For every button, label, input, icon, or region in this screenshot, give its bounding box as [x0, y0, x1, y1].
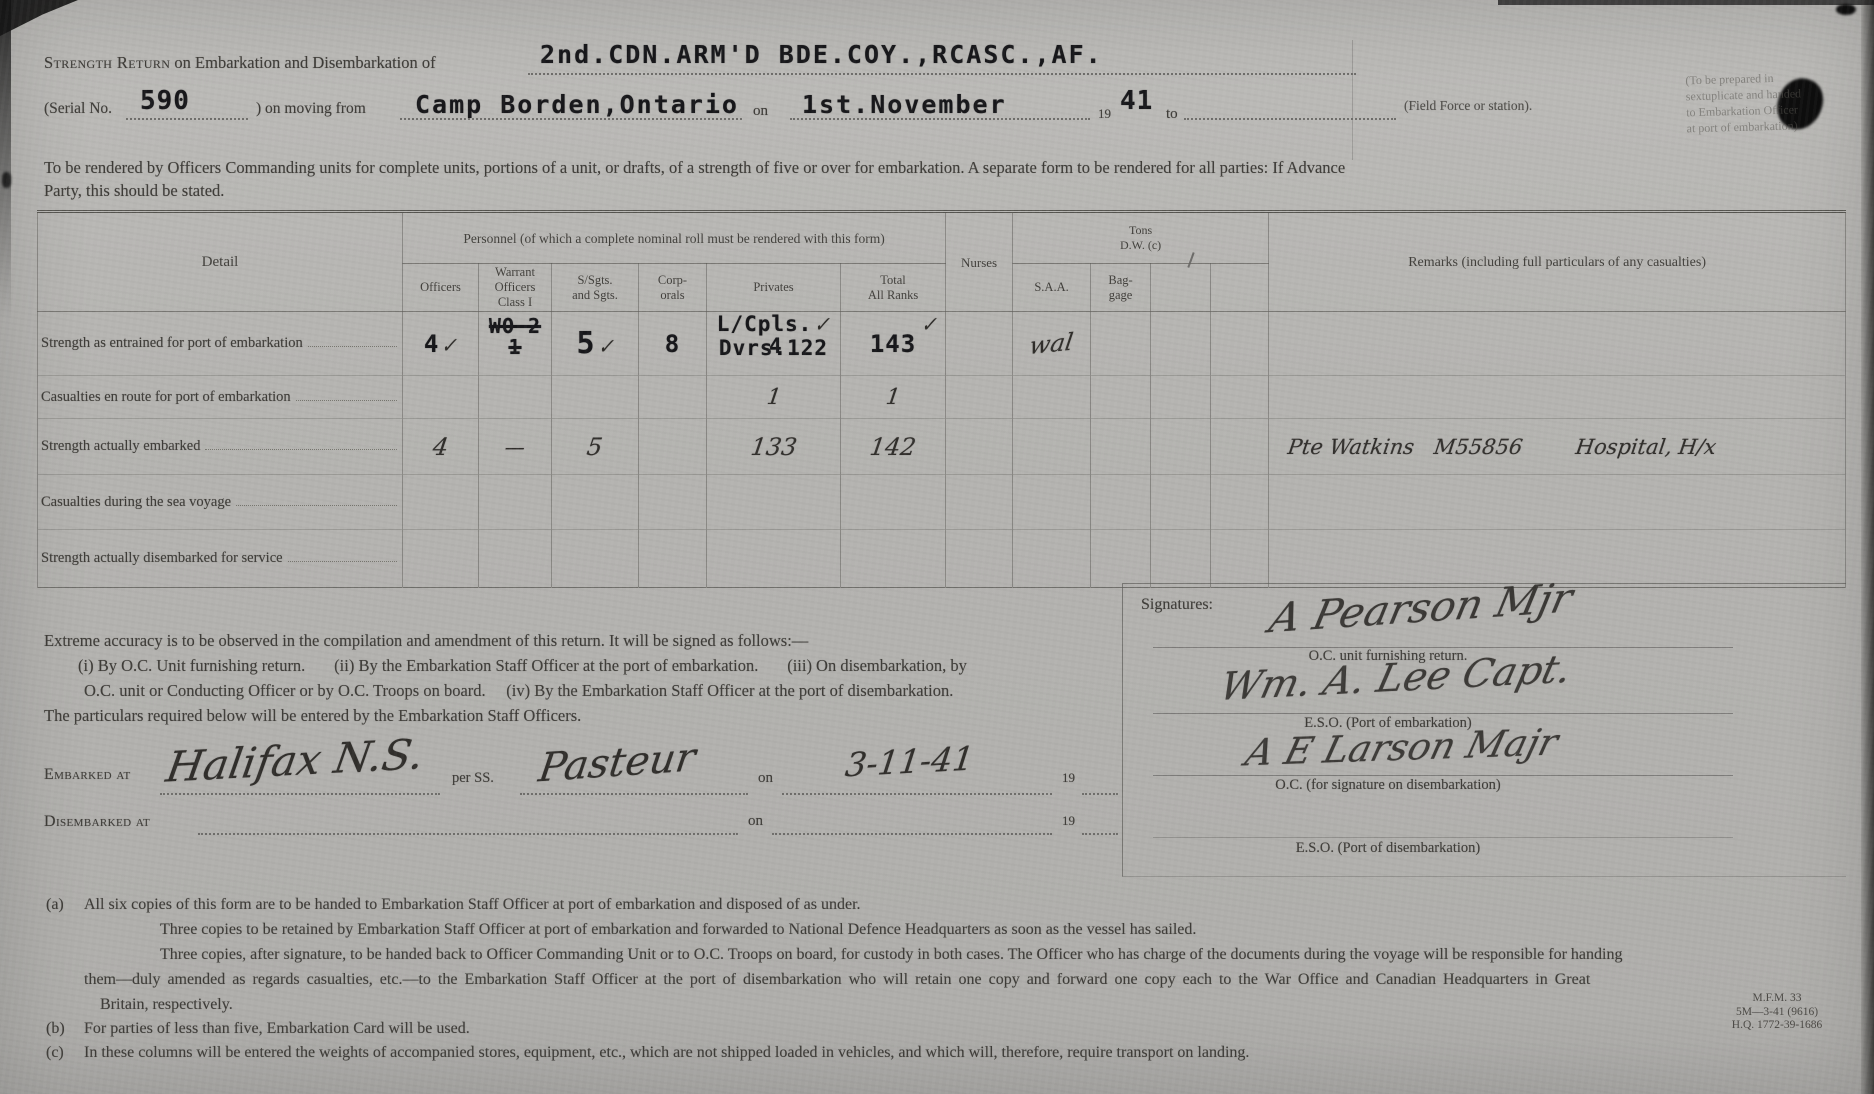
tick-mark: ✓ [597, 335, 613, 359]
cell-total [841, 475, 946, 530]
dotted-leader [205, 449, 397, 450]
footnote-b-label: (b) [46, 1020, 65, 1038]
scanned-strength-return-form: Strength Return on Embarkation and Disem… [0, 0, 1874, 1094]
cell-ssgts [552, 376, 639, 419]
cell-blank-2 [1211, 530, 1269, 588]
handwritten-value: — [503, 435, 526, 459]
date-rule [790, 117, 1090, 120]
form-reference-line: 5M—3-41 (9616) [1692, 1006, 1862, 1020]
accuracy-line-2: (i) By O.C. Unit furnishing return. (ii)… [78, 656, 967, 676]
cell-total [841, 530, 946, 588]
row-label-cell: Strength actually disembarked for servic… [38, 530, 403, 588]
row-label: Strength actually disembarked for servic… [41, 550, 283, 567]
disembarked-place-rule [198, 832, 738, 835]
moving-from-typed: Camp Borden,Ontario [415, 90, 739, 119]
cell-privates: 1 [707, 376, 841, 419]
ship-rule [520, 792, 748, 795]
cell-baggage [1091, 475, 1151, 530]
form-reference-block: M.F.M. 33 5M—3-41 (9616) H.Q. 1772-39-16… [1692, 992, 1862, 1033]
cell-officers [403, 376, 479, 419]
cell-blank-1 [1151, 376, 1211, 419]
unit-name-typed: 2nd.CDN.ARM'D BDE.COY.,RCASC.,AF. [540, 40, 1103, 69]
signatures-label: Signatures: [1141, 596, 1213, 614]
cell-corporals [639, 475, 707, 530]
table-row-strength-embarked: Strength actually embarked 4 — 5 133 142… [38, 419, 1846, 475]
signature-rule-3 [1153, 774, 1733, 776]
dotted-leader [288, 561, 397, 562]
corner-note-line: at port of embarkation) [1686, 116, 1864, 137]
col-header-warrant-officers: Warrant Officers Class I [479, 264, 552, 312]
accuracy-line-4: The particulars required below will be e… [44, 706, 581, 726]
dotted-leader [296, 400, 397, 401]
cell-saa [1013, 530, 1091, 588]
to-rule [1184, 117, 1396, 120]
col-header-detail: Detail [38, 212, 403, 312]
cell-corporals [639, 376, 707, 419]
col-group-tons: Tons D.W. (c) [1013, 212, 1269, 264]
embarked-place-handwritten: Halifax N.S. [163, 729, 428, 791]
signature-rule-4 [1153, 836, 1733, 838]
row-label-cell: Strength as entrained for port of embark… [38, 312, 403, 376]
disembarked-at-label: Disembarked at [44, 813, 150, 831]
cell-officers: 4✓ [403, 312, 479, 376]
strength-table: Detail Personnel (of which a complete no… [37, 210, 1846, 588]
embarked-year-rule [1082, 792, 1118, 795]
signature-oc-unit: A Pearson Mjr [1265, 574, 1577, 643]
cell-blank-2 [1211, 419, 1269, 475]
footnote-c-label: (c) [46, 1044, 64, 1062]
row-label: Casualties en route for port of embarkat… [41, 389, 291, 406]
handwritten-value: 1 [765, 385, 783, 410]
scan-artifact-left-edge [0, 0, 11, 320]
col-header-blank-1 [1151, 264, 1211, 312]
tons-label-line2: D.W. (c) [1016, 238, 1265, 253]
signature-caption-3: O.C. (for signature on disembarkation) [1153, 777, 1623, 794]
signature-rule-2 [1153, 712, 1733, 714]
cell-corporals [639, 530, 707, 588]
moving-from-label: ) on moving from [256, 100, 366, 118]
col-header-remarks: Remarks (including full particulars of a… [1269, 212, 1846, 312]
cell-warrant-officers [479, 376, 552, 419]
cell-nurses [946, 475, 1013, 530]
ink-speck [1836, 4, 1856, 15]
on-label: on [753, 103, 768, 120]
tick-mark: ✓ [441, 333, 457, 357]
cell-blank-2 [1211, 376, 1269, 419]
form-title-rest: on Embarkation and Disembarkation of [174, 53, 435, 72]
intro-line-2: Party, this should be stated. [44, 181, 224, 201]
row-label-cell: Casualties during the sea voyage [38, 475, 403, 530]
serial-number-typed: 590 [140, 86, 190, 116]
col-header-privates: Privates [707, 264, 841, 312]
col-header-corporals: Corp- orals [639, 264, 707, 312]
footnote-a-line-4: them—duly amended as regards casualties,… [84, 971, 1590, 989]
date-typed: 1st.November [802, 90, 1007, 119]
row-label-cell: Casualties en route for port of embarkat… [38, 376, 403, 419]
table-row-casualties-en-route: Casualties en route for port of embarkat… [38, 376, 1846, 419]
to-label: to [1166, 106, 1178, 123]
cell-privates: 133 [707, 419, 841, 475]
cell-warrant-officers: WO 2 1 [479, 312, 552, 376]
cell-ssgts: 5✓ [552, 312, 639, 376]
struck-typed-value: 1 [482, 337, 548, 358]
dotted-leader [236, 505, 397, 506]
cell-nurses [946, 419, 1013, 475]
embarked-year-printed: 19 [1062, 770, 1075, 786]
col-header-total-all-ranks: Total All Ranks [841, 264, 946, 312]
cell-officers: 4 [403, 419, 479, 475]
handwritten-value: 1 [884, 385, 902, 410]
col-group-personnel: Personnel (of which a complete nominal r… [403, 212, 946, 264]
cell-officers [403, 530, 479, 588]
cell-ssgts [552, 475, 639, 530]
cell-warrant-officers [479, 530, 552, 588]
cell-saa [1013, 419, 1091, 475]
ship-name-handwritten: Pasteur [536, 735, 699, 792]
cell-nurses [946, 376, 1013, 419]
table-header-group-row: Detail Personnel (of which a complete no… [38, 212, 1846, 264]
cell-corporals: 8 [639, 312, 707, 376]
cell-total: 1 [841, 376, 946, 419]
row-label: Strength actually embarked [41, 438, 200, 455]
typed-value: 4 [769, 334, 783, 358]
year-typed: 41 [1120, 86, 1153, 116]
accuracy-line-1: Extreme accuracy is to be observed in th… [44, 631, 808, 651]
typed-value: 8 [665, 330, 680, 358]
embarked-date-rule [782, 792, 1052, 795]
cell-blank-1 [1151, 530, 1211, 588]
col-header-baggage: Bag- gage [1091, 264, 1151, 312]
typed-value: 4 [424, 330, 439, 358]
serial-label: (Serial No. [44, 100, 112, 118]
footnote-a-line-2: Three copies to be retained by Embarkati… [160, 921, 1196, 939]
cell-privates: L/Cpls.✓ 4 Dvrs.122 [707, 312, 841, 376]
cell-remarks [1269, 376, 1846, 419]
scan-artifact-corner-shadow [0, 0, 78, 36]
handwritten-value: 5 [585, 433, 604, 461]
cell-baggage [1091, 530, 1151, 588]
intro-line-1: To be rendered by Officers Commanding un… [44, 158, 1345, 178]
footnote-b-text: For parties of less than five, Embarkati… [84, 1020, 470, 1038]
footnote-a-line-1: All six copies of this form are to be ha… [84, 896, 861, 914]
col-header-ssgts: S/Sgts. and Sgts. [552, 264, 639, 312]
cell-ssgts: 5 [552, 419, 639, 475]
footnote-a-line-3: Three copies, after signature, to be han… [160, 946, 1622, 964]
cell-officers [403, 475, 479, 530]
accuracy-line-3: O.C. unit or Conducting Officer or by O.… [84, 681, 953, 701]
row-label-cell: Strength actually embarked [38, 419, 403, 475]
paper-crease [1352, 40, 1353, 160]
handwritten-value: 133 [749, 433, 799, 461]
corner-instruction-note: (To be prepared in sextuplicate and hand… [1685, 68, 1865, 137]
footnote-a-line-5: Britain, respectively. [100, 996, 233, 1014]
tick-mark: ✓ [814, 312, 830, 336]
cell-warrant-officers [479, 475, 552, 530]
per-ss-label: per SS. [452, 770, 494, 787]
cell-blank-1 [1151, 419, 1211, 475]
tick-mark: ✓ [921, 313, 937, 337]
cell-total: 143✓ [841, 312, 946, 376]
footnote-c-text: In these columns will be entered the wei… [84, 1044, 1249, 1062]
embarked-place-rule [160, 792, 440, 795]
col-header-nurses: Nurses [946, 212, 1013, 312]
tons-label-line1: Tons [1016, 223, 1265, 238]
col-header-officers: Officers [403, 264, 479, 312]
cell-blank-1 [1151, 475, 1211, 530]
serial-rule [126, 117, 248, 120]
handwritten-value: 4 [431, 433, 450, 461]
title-rule [528, 72, 1356, 75]
cell-warrant-officers: — [479, 419, 552, 475]
cell-remarks: Pte Watkins M55856 Hospital, H/x [1269, 419, 1846, 475]
cell-remarks [1269, 475, 1846, 530]
cell-baggage [1091, 312, 1151, 376]
typed-value: L/Cpls. [717, 312, 813, 336]
cell-nurses [946, 530, 1013, 588]
scan-artifact-right-edge [1861, 0, 1874, 1094]
handwritten-value: 142 [868, 433, 918, 461]
cell-privates [707, 475, 841, 530]
cell-nurses [946, 312, 1013, 376]
row-label: Casualties during the sea voyage [41, 494, 231, 511]
table-row-strength-entrained: Strength as entrained for port of embark… [38, 312, 1846, 376]
cell-saa [1013, 475, 1091, 530]
form-title: Strength Return on Embarkation and Disem… [44, 53, 436, 73]
cell-blank-2 [1211, 312, 1269, 376]
disembarked-year-printed: 19 [1062, 813, 1075, 829]
ink-speck-left [2, 172, 11, 188]
form-reference-line: M.F.M. 33 [1692, 992, 1862, 1006]
scan-artifact-top-edge [1498, 0, 1874, 5]
col-header-blank-2 [1211, 264, 1269, 312]
struck-typed-value: WO 2 [482, 316, 548, 337]
cell-saa: wal [1013, 312, 1091, 376]
typed-value: 143 [870, 330, 916, 358]
signatures-panel: Signatures: A Pearson Mjr O.C. unit furn… [1122, 583, 1846, 877]
embarked-at-label: Embarked at [44, 766, 131, 784]
cell-blank-2 [1211, 475, 1269, 530]
col-header-saa: S.A.A. [1013, 264, 1091, 312]
handwritten-remark: Pte Watkins M55856 Hospital, H/x [1286, 435, 1717, 459]
typed-value-overstruck: 5 [577, 326, 596, 361]
table-row-casualties-sea-voyage: Casualties during the sea voyage [38, 475, 1846, 530]
signature-caption-4: E.S.O. (Port of disembarkation) [1153, 840, 1623, 857]
cell-blank-1 [1151, 312, 1211, 376]
disembarked-on-label: on [748, 813, 763, 830]
disembarked-year-rule [1082, 832, 1118, 835]
embarked-on-label: on [758, 770, 773, 787]
moving-from-rule [400, 117, 742, 120]
cell-baggage [1091, 419, 1151, 475]
row-label: Strength as entrained for port of embark… [41, 335, 303, 352]
cell-baggage [1091, 376, 1151, 419]
cell-privates [707, 530, 841, 588]
cell-corporals [639, 419, 707, 475]
field-force-label: (Field Force or station). [1404, 98, 1532, 114]
footnote-a-label: (a) [46, 896, 64, 914]
dotted-leader [308, 346, 397, 347]
cell-total: 142 [841, 419, 946, 475]
cell-saa [1013, 376, 1091, 419]
disembarked-date-rule [772, 832, 1052, 835]
embarked-date-handwritten: 3-11-41 [843, 739, 976, 785]
cell-remarks [1269, 312, 1846, 376]
form-title-smallcaps: Strength Return [44, 53, 170, 72]
year-printed: 19 [1098, 106, 1111, 122]
cell-ssgts [552, 530, 639, 588]
handwritten-value: wal [1028, 327, 1075, 359]
form-reference-line: H.Q. 1772-39-1686 [1692, 1019, 1862, 1033]
